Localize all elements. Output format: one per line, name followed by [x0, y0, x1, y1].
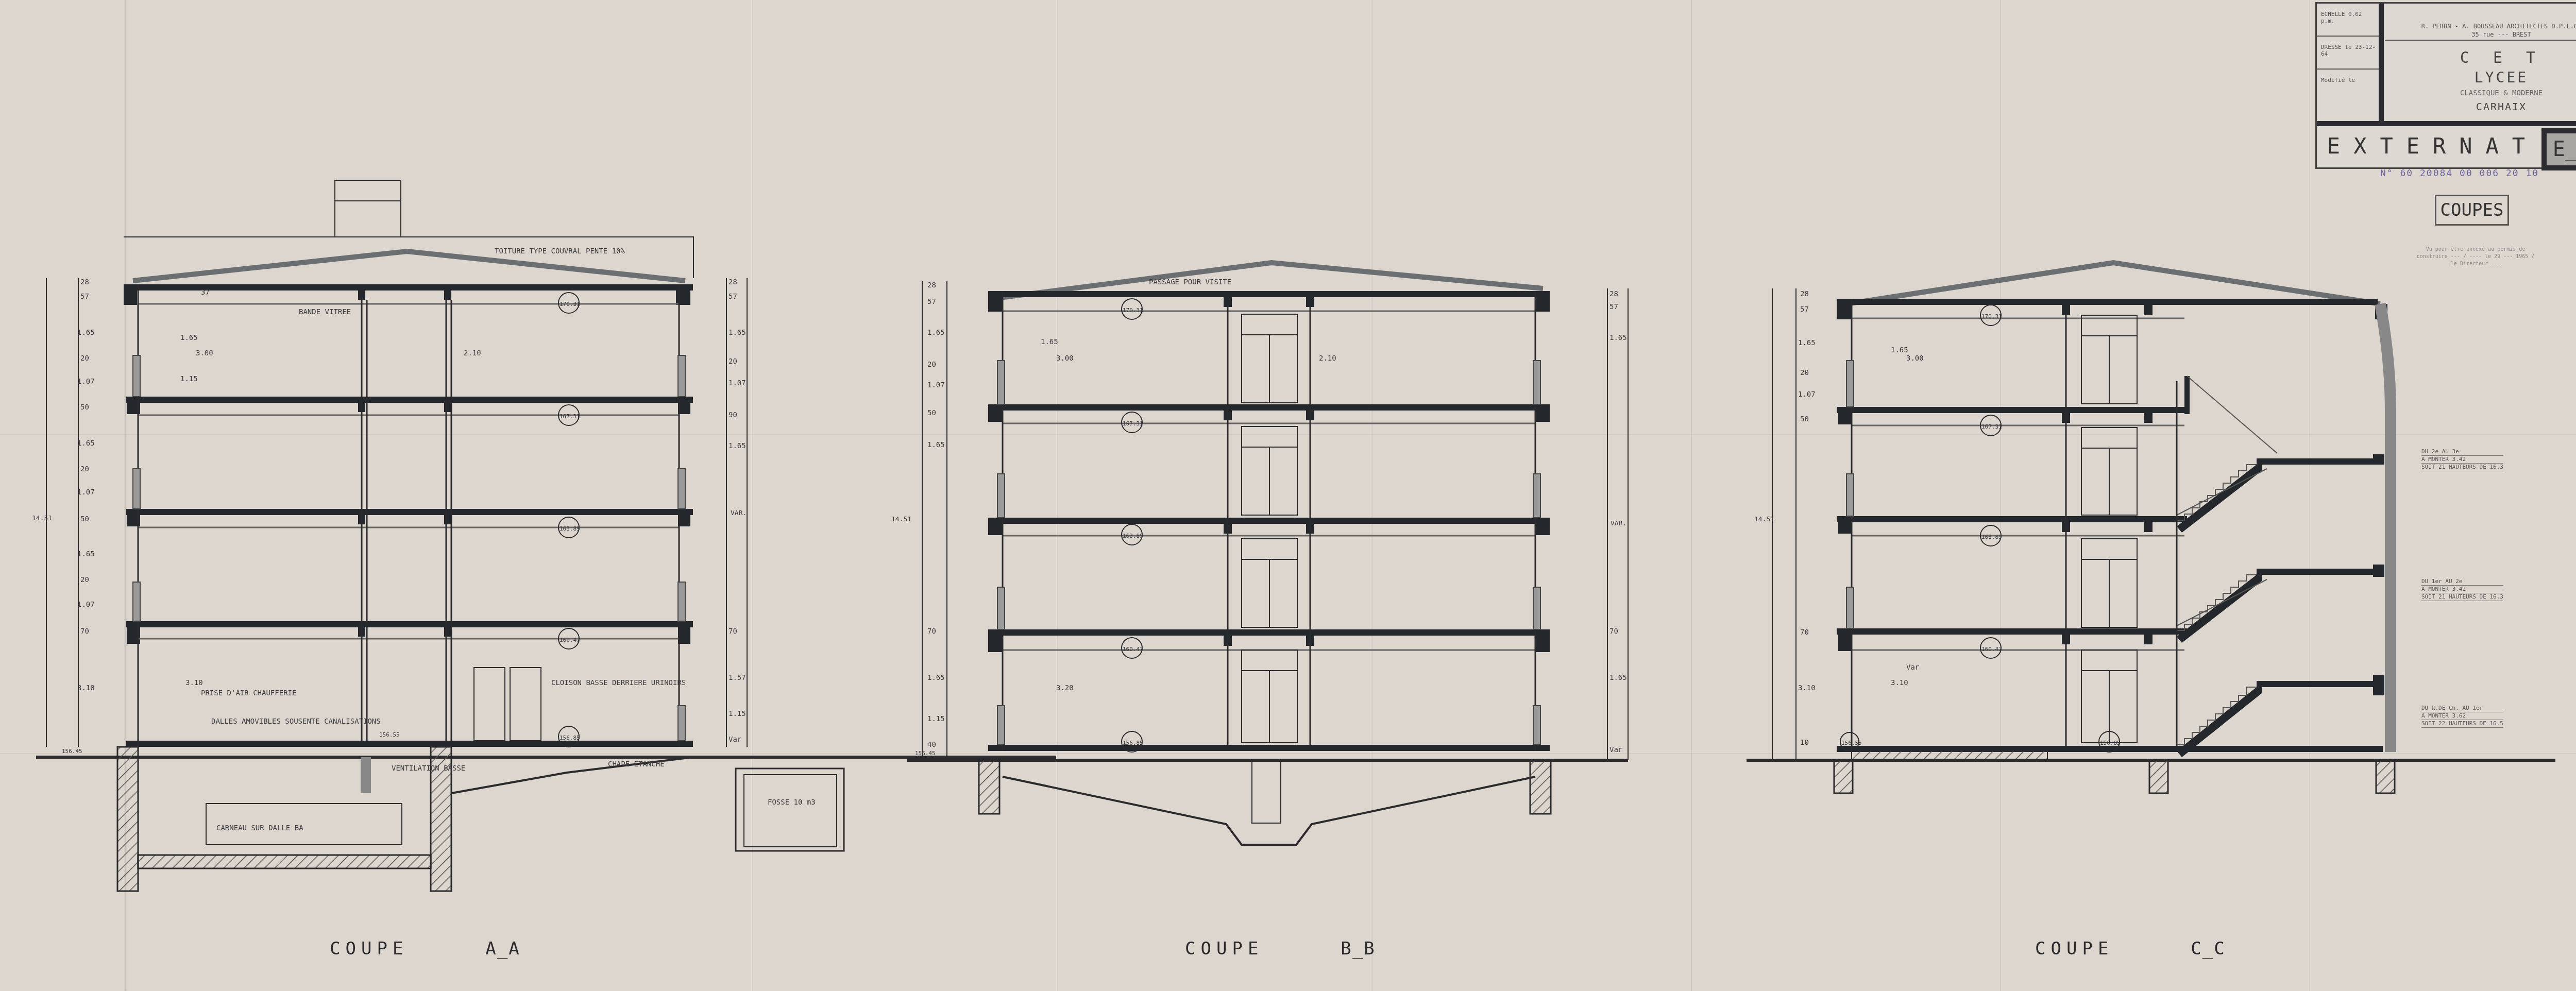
level-value: 167.31	[560, 413, 580, 420]
project-line: CLASSIQUE & MODERNE	[2385, 89, 2576, 97]
dimension: 20	[80, 576, 89, 584]
total-height-c: 14.51	[1754, 516, 1774, 523]
label-fosse: FOSSE 10 m3	[768, 798, 816, 807]
dimension: 3.10	[77, 684, 95, 692]
note-line: SOIT 21 HAUTEURS DE 16.3	[2421, 464, 2503, 471]
right-total-b: VAR.	[1611, 520, 1626, 527]
architects: R. PERON - A. BOUSSEAU ARCHITECTES D.P.L…	[2385, 4, 2576, 41]
note-line: DU 2e AU 3e	[2421, 448, 2503, 456]
dimension: 1.65	[927, 674, 945, 682]
dimension: 70	[80, 627, 89, 636]
dimension: 28	[80, 278, 89, 286]
dimension: 2.10	[1319, 354, 1336, 363]
dimension: 1.07	[927, 381, 945, 389]
dimension: 20	[728, 357, 737, 366]
title-block-meta: ECHELLE 0,02 p.m. DRESSE le 23-12-64 Mod…	[2317, 4, 2384, 121]
dimension: 50	[80, 403, 89, 412]
dimension: 50	[1800, 415, 1809, 423]
level-value: 163.89	[1981, 534, 2002, 540]
label-ventilation: VENTILATION BASSE	[392, 764, 465, 773]
dimension: 20	[80, 354, 89, 363]
note-line: SOIT 21 HAUTEURS DE 16.3	[2421, 593, 2503, 601]
stamp-number: N° 60 20084 00 006 20 10	[2380, 168, 2539, 179]
date-label: DRESSE le 23-12-64	[2317, 37, 2379, 70]
level-value: 156.85	[2100, 740, 2121, 746]
dimension: 2.10	[464, 349, 481, 357]
dimension: 1.65	[728, 329, 746, 337]
level-value: 167.31	[1981, 423, 2002, 430]
label-carneau: CARNEAU SUR DALLE BA	[216, 824, 303, 832]
note-line: DU R.DE Ch. AU 1er	[2421, 705, 2503, 712]
dimension: 1.57	[728, 674, 746, 682]
right-total-a: VAR.	[731, 509, 747, 517]
label-prise-air: PRISE D'AIR CHAUFFERIE	[201, 689, 296, 697]
dimension: 90	[728, 411, 737, 419]
dimension: 40	[927, 741, 936, 749]
dimension: 1.65	[77, 329, 95, 337]
dimension: 28	[927, 281, 936, 289]
note-line: DU 1er AU 2e	[2421, 578, 2503, 586]
blueprint-sheet: TOITURE TYPE COUVRAL PENTE 10% BANDE VIT…	[0, 0, 2576, 991]
dimension: 1.07	[77, 601, 95, 609]
dimension: 1.07	[1798, 390, 1816, 399]
dimension: 1.15	[927, 715, 945, 723]
dimension: 57	[1609, 303, 1618, 311]
caption-word: COUPE	[330, 938, 408, 959]
dimension: 70	[927, 627, 936, 636]
label-cloison: CLOISON BASSE DERRIERE URINOIRS	[551, 679, 686, 687]
sheet-reference: E_11	[2541, 128, 2576, 170]
section-a-a	[36, 180, 1056, 891]
dimension: 28	[728, 278, 737, 286]
approval-stamp: Vu pour être annexé au permis de constru…	[2416, 246, 2535, 268]
dimension: 57	[927, 298, 936, 306]
note-line: A MONTER 3.62	[2421, 712, 2503, 720]
dimension: 1.65	[927, 329, 945, 337]
dimension: 3.10	[1798, 684, 1816, 692]
dimension: 1.65	[1609, 334, 1627, 342]
dimension: 1.65	[77, 550, 95, 558]
building-name: EXTERNAT	[2322, 130, 2544, 162]
label-chape: CHAPE ETANCHE	[608, 760, 665, 768]
stair-note-1-2: DU 1er AU 2e A MONTER 3.42 SOIT 21 HAUTE…	[2421, 578, 2503, 601]
dimension: 3.00	[1056, 354, 1074, 363]
roof-note-b: PASSAGE POUR VISITE	[1149, 278, 1231, 286]
dimension: Var	[1609, 746, 1622, 754]
dimension: 50	[927, 409, 936, 417]
caption-coupe-a-a: COUPEA_A	[330, 938, 520, 959]
level-value: 163.89	[560, 525, 580, 532]
dimension: 1.65	[1798, 339, 1816, 347]
project-city: CARHAIX	[2385, 100, 2576, 113]
stair-note-2-3: DU 2e AU 3e A MONTER 3.42 SOIT 21 HAUTEU…	[2421, 448, 2503, 471]
dimension: 1.65	[1891, 346, 1908, 354]
caption-id: A_A	[485, 938, 520, 959]
dimension: 1.65	[927, 441, 945, 449]
dimension: Var	[728, 736, 741, 744]
dimension: Var	[1906, 663, 1919, 672]
dimension: 1.07	[77, 488, 95, 497]
caption-id: C_C	[2191, 938, 2225, 959]
dimension: 3.10	[185, 679, 203, 687]
modified-label: Modifié le	[2317, 70, 2379, 121]
level-value: 170.31	[560, 301, 580, 307]
dimension: 50	[80, 515, 89, 523]
dimension: 57	[1800, 305, 1809, 314]
level-value: 170.31	[1123, 307, 1143, 314]
dimension: 1.65	[180, 334, 198, 342]
title-block: ECHELLE 0,02 p.m. DRESSE le 23-12-64 Mod…	[2315, 2, 2576, 169]
title-block-footer: EXTERNAT E_11	[2317, 121, 2576, 170]
dimension: 57	[80, 293, 89, 301]
caption-coupe-c-c: COUPEC_C	[2035, 938, 2226, 959]
sections-drawing: TOITURE TYPE COUVRAL PENTE 10% BANDE VIT…	[0, 0, 2576, 991]
dimension: 1.65	[1041, 338, 1058, 346]
dimension: 3.20	[1056, 684, 1074, 692]
dimension: 20	[927, 361, 936, 369]
floor-slabs	[1837, 299, 2387, 752]
dimension: 1.65	[728, 442, 746, 450]
dimension: 3.00	[1906, 354, 1924, 363]
note-line: SOIT 22 HAUTEURS DE 16.5	[2421, 720, 2503, 728]
level-value: 160.47	[560, 637, 580, 643]
dimension: 37	[201, 288, 210, 297]
label-bande-vitree: BANDE VITREE	[299, 308, 351, 316]
dimension: 1.15	[180, 375, 198, 383]
level-value: 156.85	[1123, 740, 1143, 746]
level-value: 163.89	[1123, 533, 1143, 539]
project-line: C E T	[2385, 49, 2576, 67]
level-value: 160.47	[1981, 646, 2002, 653]
dimension: 1.65	[1609, 674, 1627, 682]
level-value: 170.31	[1981, 313, 2002, 320]
project-line: LYCEE	[2385, 69, 2576, 86]
project-name: C E T LYCEE CLASSIQUE & MODERNE CARHAIX	[2385, 42, 2576, 121]
note-line: A MONTER 3.42	[2421, 586, 2503, 593]
caption-word: COUPE	[2035, 938, 2113, 959]
dimension: 3.00	[196, 349, 213, 357]
level-value: 156.55	[1841, 740, 1862, 746]
architects-address: 35 rue --- BREST	[2385, 30, 2576, 39]
level-value: 156.45	[62, 748, 82, 755]
dimension: 1.07	[728, 379, 746, 387]
dimension: 1.15	[728, 710, 746, 718]
dimension: 57	[728, 293, 737, 301]
label-dalles: DALLES AMOVIBLES SOUSENTE CANALISATIONS	[211, 717, 381, 726]
scale-label: ECHELLE 0,02 p.m.	[2317, 4, 2379, 37]
dimension: 20	[80, 465, 89, 473]
level-value: 156.45	[915, 750, 936, 757]
dimension: 70	[1800, 628, 1809, 637]
level-value: 156.85	[560, 734, 580, 741]
level-value: 167.31	[1123, 420, 1143, 427]
dimension: 3.10	[1891, 679, 1908, 687]
caption-coupe-b-b: COUPEB_B	[1185, 938, 1376, 959]
dimension: 28	[1800, 290, 1809, 298]
roof-note-a: TOITURE TYPE COUVRAL PENTE 10%	[495, 247, 625, 255]
architects-line: R. PERON - A. BOUSSEAU ARCHITECTES D.P.L…	[2385, 22, 2576, 30]
dimension: 70	[1609, 627, 1618, 636]
level-value: 156.55	[379, 731, 400, 738]
total-height-b: 14.51	[891, 516, 911, 523]
dimension: 28	[1609, 290, 1618, 298]
sheet-title: COUPES	[2435, 195, 2509, 226]
caption-word: COUPE	[1185, 938, 1263, 959]
total-height-a: 14.51	[32, 515, 52, 522]
dimension: 70	[728, 627, 737, 636]
level-value: 160.47	[1123, 646, 1143, 653]
dimension: 20	[1800, 369, 1809, 377]
caption-id: B_B	[1341, 938, 1375, 959]
dimension: 1.07	[77, 378, 95, 386]
dimension: 10	[1800, 739, 1809, 747]
dimension: 1.65	[77, 439, 95, 448]
note-line: A MONTER 3.42	[2421, 456, 2503, 464]
stair-note-rdc-1: DU R.DE Ch. AU 1er A MONTER 3.62 SOIT 22…	[2421, 705, 2503, 728]
